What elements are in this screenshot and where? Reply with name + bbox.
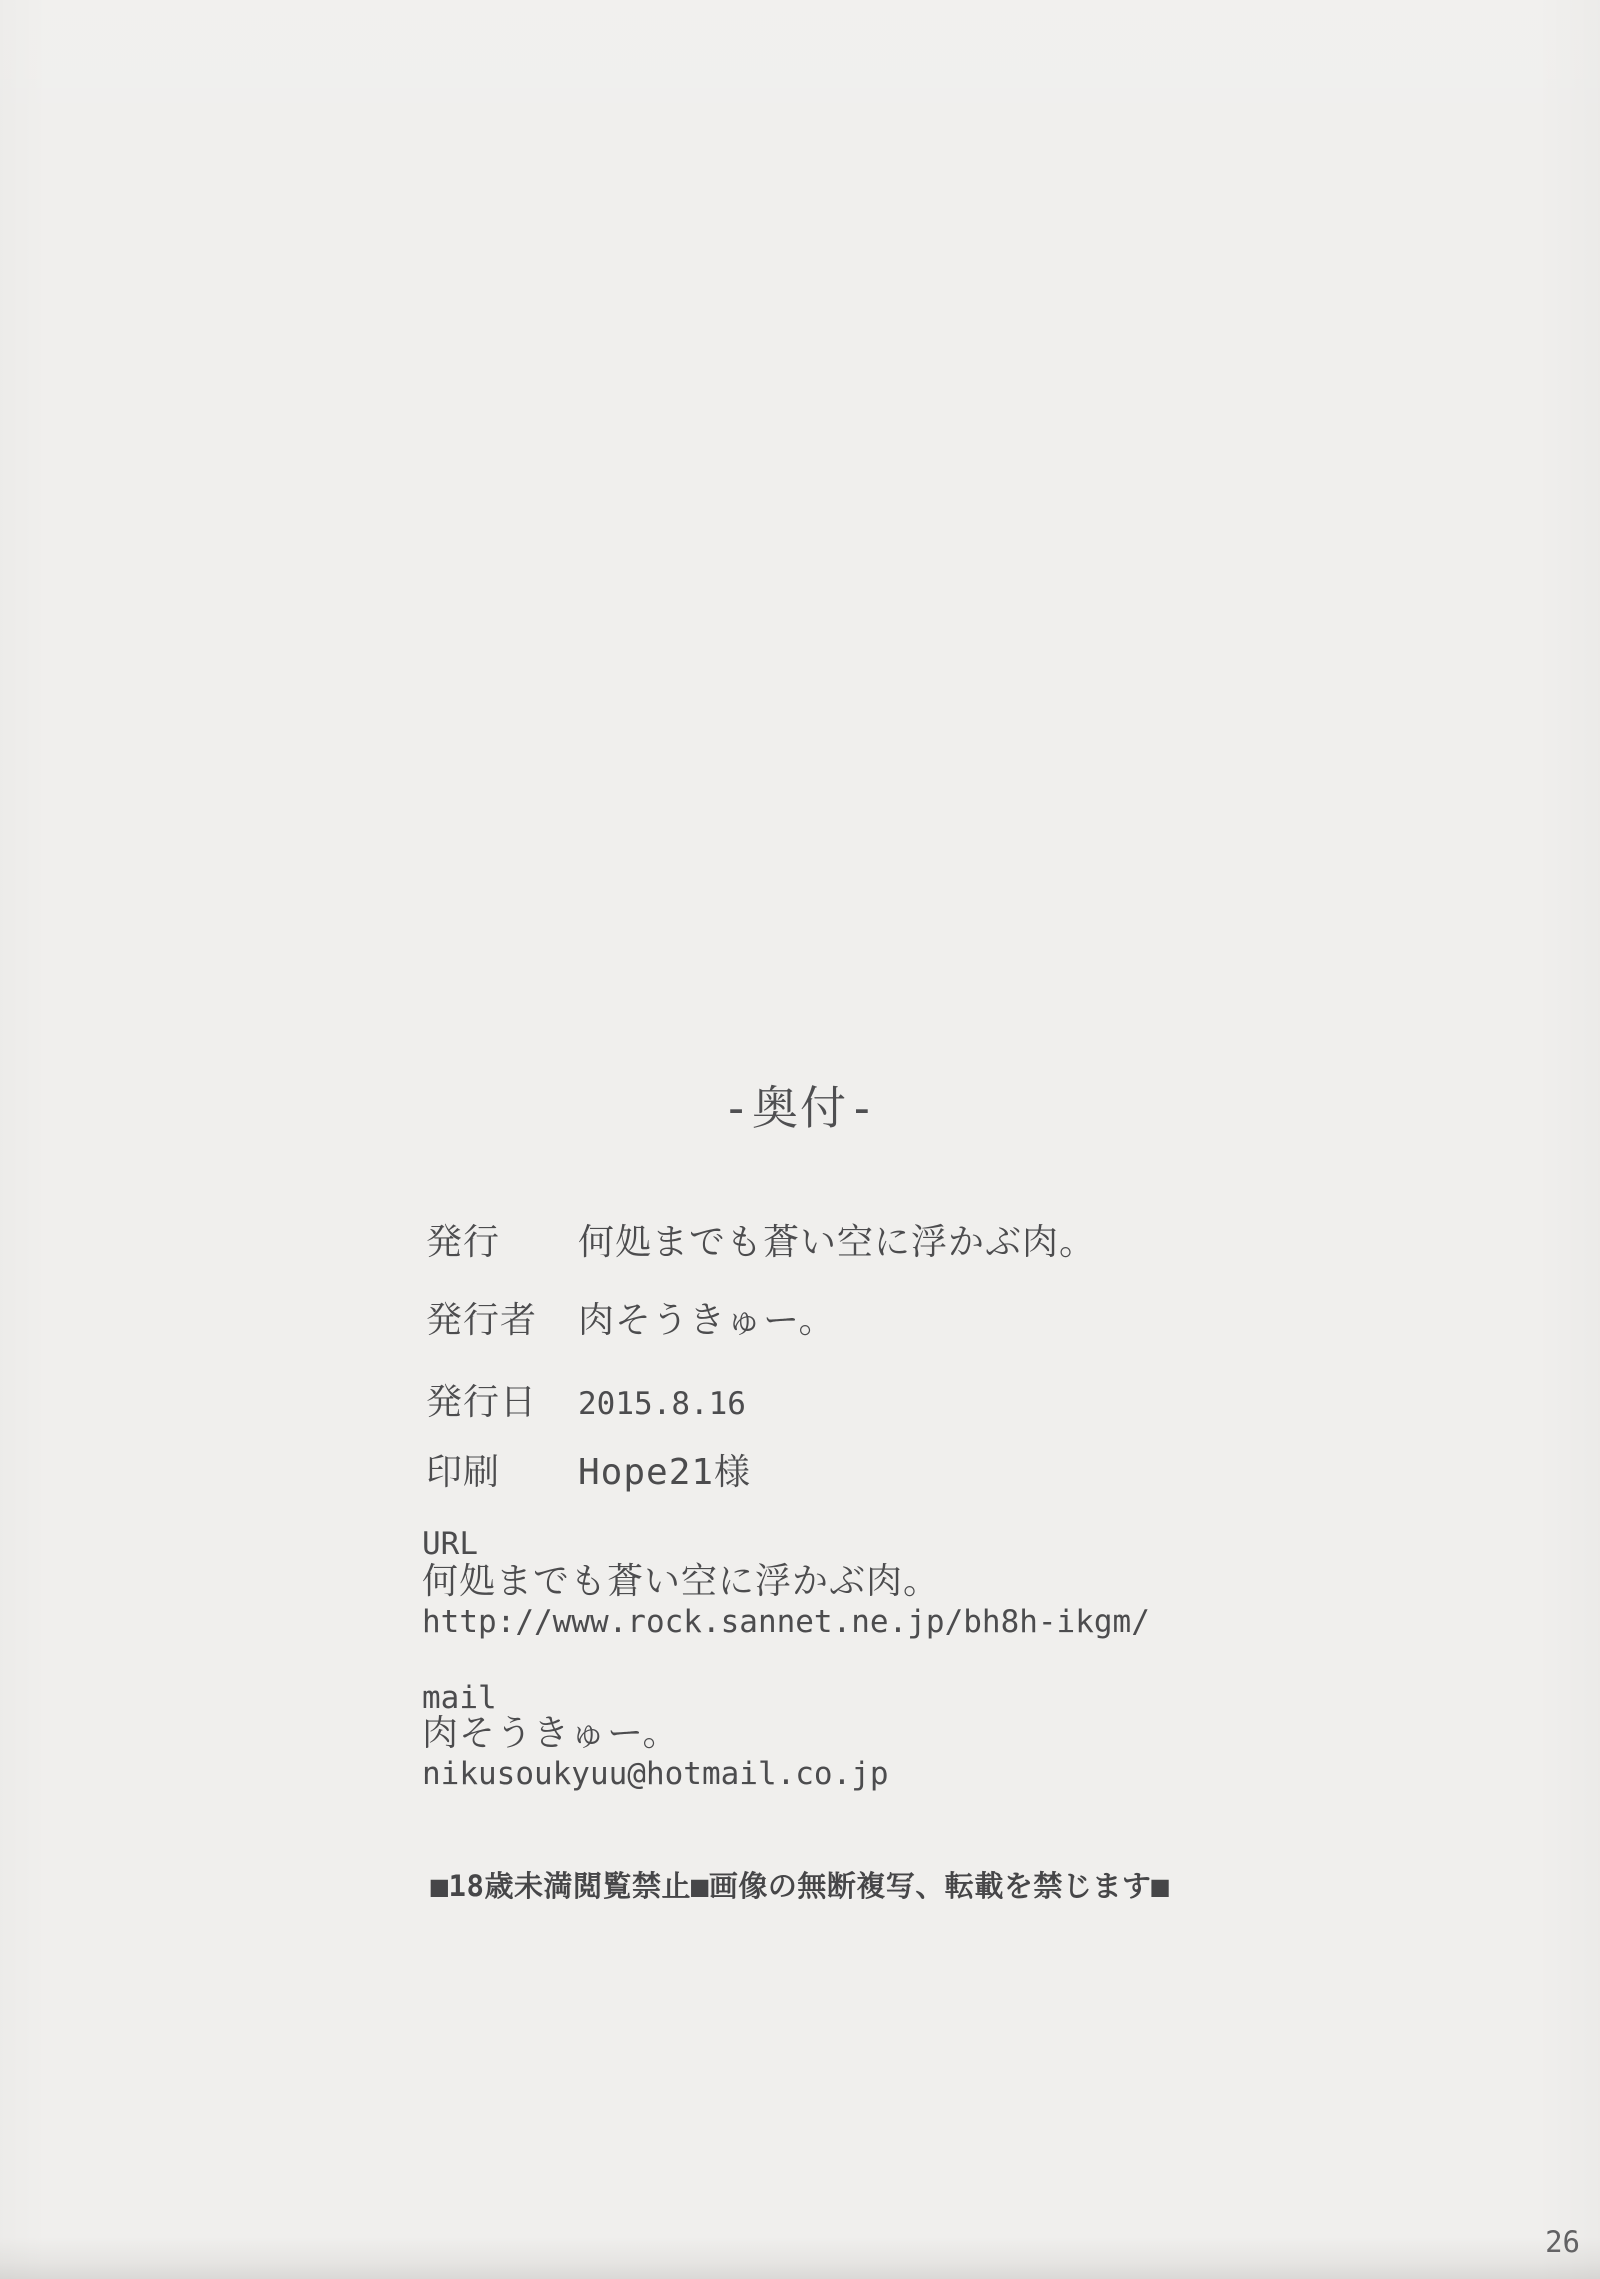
publisher-label: 発行 — [426, 1222, 500, 1263]
publisher-value: 何処までも蒼い空に浮かぶ肉。 — [578, 1222, 1096, 1263]
email-address-text: nikusoukyuu@hotmail.co.jp — [422, 1757, 889, 1793]
publish-date-value: 2015.8.16 — [578, 1387, 746, 1423]
author-label: 発行者 — [426, 1300, 537, 1341]
page-number: 26 — [1480, 2226, 1580, 2259]
url-site-name: 何処までも蒼い空に浮かぶ肉。 — [422, 1561, 940, 1602]
scanned-colophon-page: -奥付- 発行 何処までも蒼い空に浮かぶ肉。 発行者 肉そうきゅー。 発行日 2… — [0, 0, 1600, 2279]
url-section-label: URL — [422, 1527, 478, 1563]
printer-label: 印刷 — [426, 1452, 500, 1493]
mail-circle-name: 肉そうきゅー。 — [422, 1713, 680, 1754]
printer-value: Hope21様 — [578, 1452, 751, 1493]
publish-date-label: 発行日 — [426, 1382, 537, 1423]
page-title: -奥付- — [10, 1082, 1590, 1135]
author-value: 肉そうきゅー。 — [578, 1300, 836, 1341]
age-restriction-disclaimer: ■18歳未満閲覧禁止■画像の無断複写、転載を禁じます■ — [10, 1870, 1590, 1903]
mail-section-label: mail — [422, 1681, 497, 1717]
website-url-text: http://www.rock.sannet.ne.jp/bh8h-ikgm/ — [422, 1605, 1150, 1641]
